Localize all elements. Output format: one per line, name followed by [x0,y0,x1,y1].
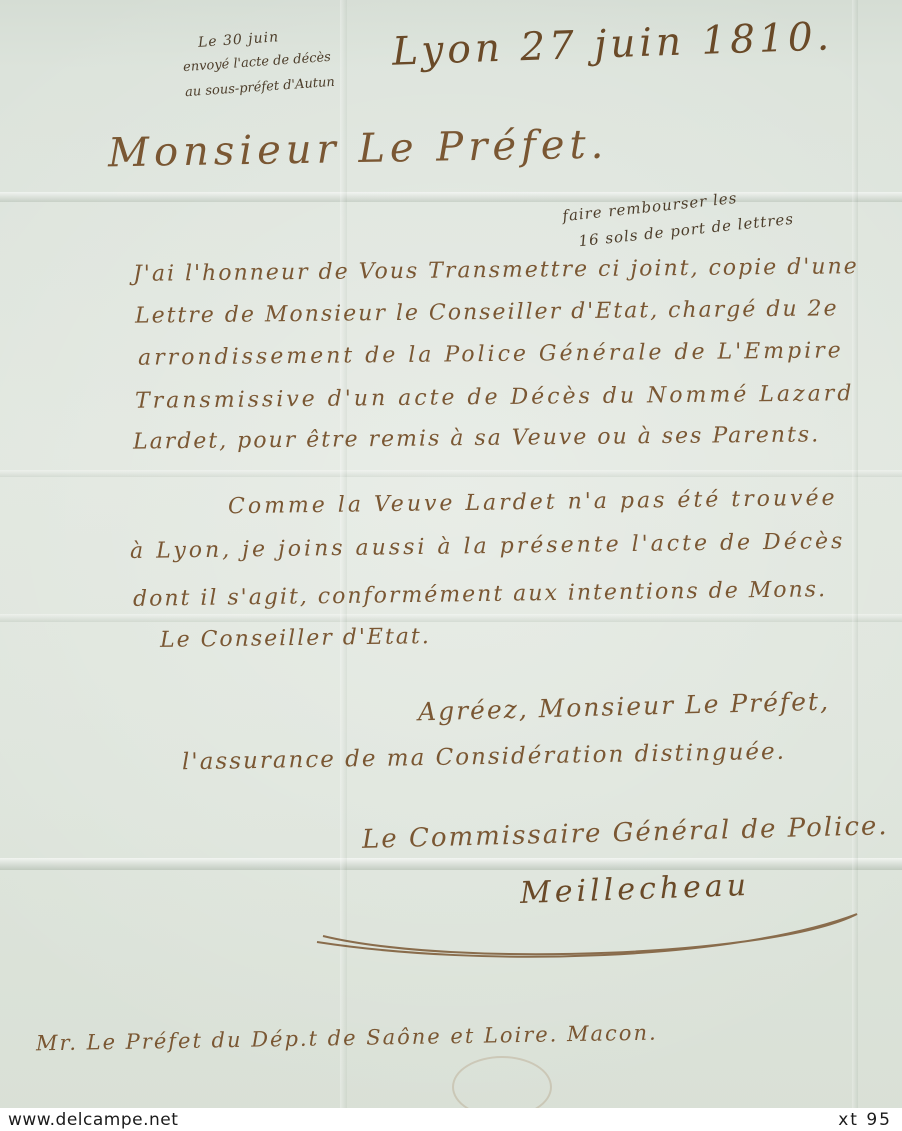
letter-line: Comme la Veuve Lardet n'a pas été trouvé… [228,486,838,520]
footer-bar: www.delcampe.net xt 95 [0,1108,902,1131]
fold-crease [340,0,347,1108]
margin-note-line: au sous-préfet d'Autun [185,75,336,100]
postal-annotation-line: faire rembourser les [562,189,739,225]
letter-line: J'ai l'honneur de Vous Transmettre ci jo… [133,254,859,287]
letter-line: dont il s'agit, conformément aux intenti… [133,577,827,612]
postal-annotation-line: 16 sols de port de lettres [578,210,795,251]
fold-crease [852,0,858,1108]
fold-crease [0,614,902,622]
margin-note-line: envoyé l'acte de décès [183,50,332,75]
salutation: Monsieur Le Préfet. [108,122,609,177]
letter-line: Le Conseiller d'Etat. [160,624,431,653]
letter-line: à Lyon, je joins aussi à la présente l'a… [130,529,846,564]
dateline: Lyon 27 juin 1810. [391,14,833,74]
address-line: Mr. Le Préfet du Dép.t de Saône et Loire… [36,1021,658,1056]
catalog-code: xt 95 [838,1110,902,1130]
signature-name: Meillecheau [519,868,750,911]
margin-note-line: Le 30 juin [198,29,280,51]
fold-crease [0,858,902,870]
fold-crease [0,192,902,202]
letter-line: Lettre de Monsieur le Conseiller d'Etat,… [135,296,839,328]
signature-flourish [305,898,875,960]
letter-line: arrondissement de la Police Générale de … [138,338,844,370]
letter-line: Lardet, pour être remis à sa Veuve ou à … [133,422,820,454]
closing-line: Agréez, Monsieur Le Préfet, [418,687,831,727]
watermark-text: www.delcampe.net [0,1110,178,1130]
closing-line: l'assurance de ma Considération distingu… [182,739,786,776]
signature-title: Le Commissaire Général de Police. [362,811,889,855]
fold-crease [0,470,902,477]
letter-line: Transmissive d'un acte de Décès du Nommé… [135,381,855,414]
scanned-letter: Le 30 juin envoyé l'acte de décès au sou… [0,0,902,1131]
